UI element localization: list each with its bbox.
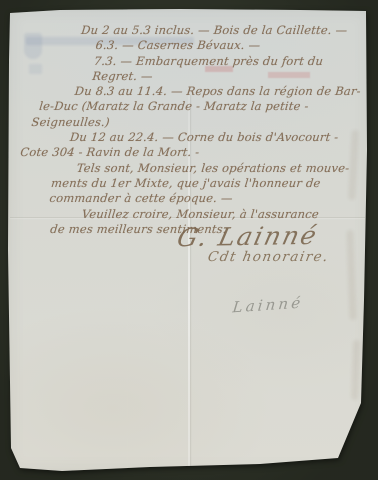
letter-paper: Du 2 au 5.3 inclus. — Bois de la Caillet… <box>0 0 378 480</box>
letter-line: 7.3. — Embarquement près du fort du Regr… <box>92 54 365 85</box>
letter-line: commander à cette époque. — <box>49 191 351 206</box>
letter-line: Du 2 au 5.3 inclus. — Bois de la Caillet… <box>80 23 368 38</box>
letter-line: Du 8.3 au 11.4. — Repos dans la région d… <box>74 84 362 99</box>
letter-line: Veuillez croire, Monsieur, à l'assurance <box>81 207 349 222</box>
right-edge-ink-bleedthrough <box>351 340 360 400</box>
signature-rank: Cdt honoraire. <box>207 249 331 265</box>
letter-line: Du 12 au 22.4. — Corne du bois d'Avocour… <box>69 130 357 145</box>
letter-line: le-Duc (Maratz la Grande - Maratz la pet… <box>38 99 360 114</box>
letter-line: 6.3. — Casernes Bévaux. — <box>95 38 367 53</box>
pencil-annotation: Lainné <box>232 294 305 317</box>
letter-line: Cote 304 - Ravin de la Mort. - <box>20 145 356 160</box>
letter-line: Seigneulles.) <box>31 115 359 130</box>
scan-background: Du 2 au 5.3 inclus. — Bois de la Caillet… <box>0 0 378 480</box>
letter-line: ments du 1er Mixte, que j'avais l'honneu… <box>50 176 352 191</box>
paper-wrapper: Du 2 au 5.3 inclus. — Bois de la Caillet… <box>0 0 378 480</box>
signature: G. Lainné <box>174 221 321 252</box>
right-edge-ink-bleedthrough <box>346 230 356 320</box>
letter-body: Du 2 au 5.3 inclus. — Bois de la Caillet… <box>0 23 368 237</box>
letter-line: Tels sont, Monsieur, les opérations et m… <box>76 161 354 176</box>
